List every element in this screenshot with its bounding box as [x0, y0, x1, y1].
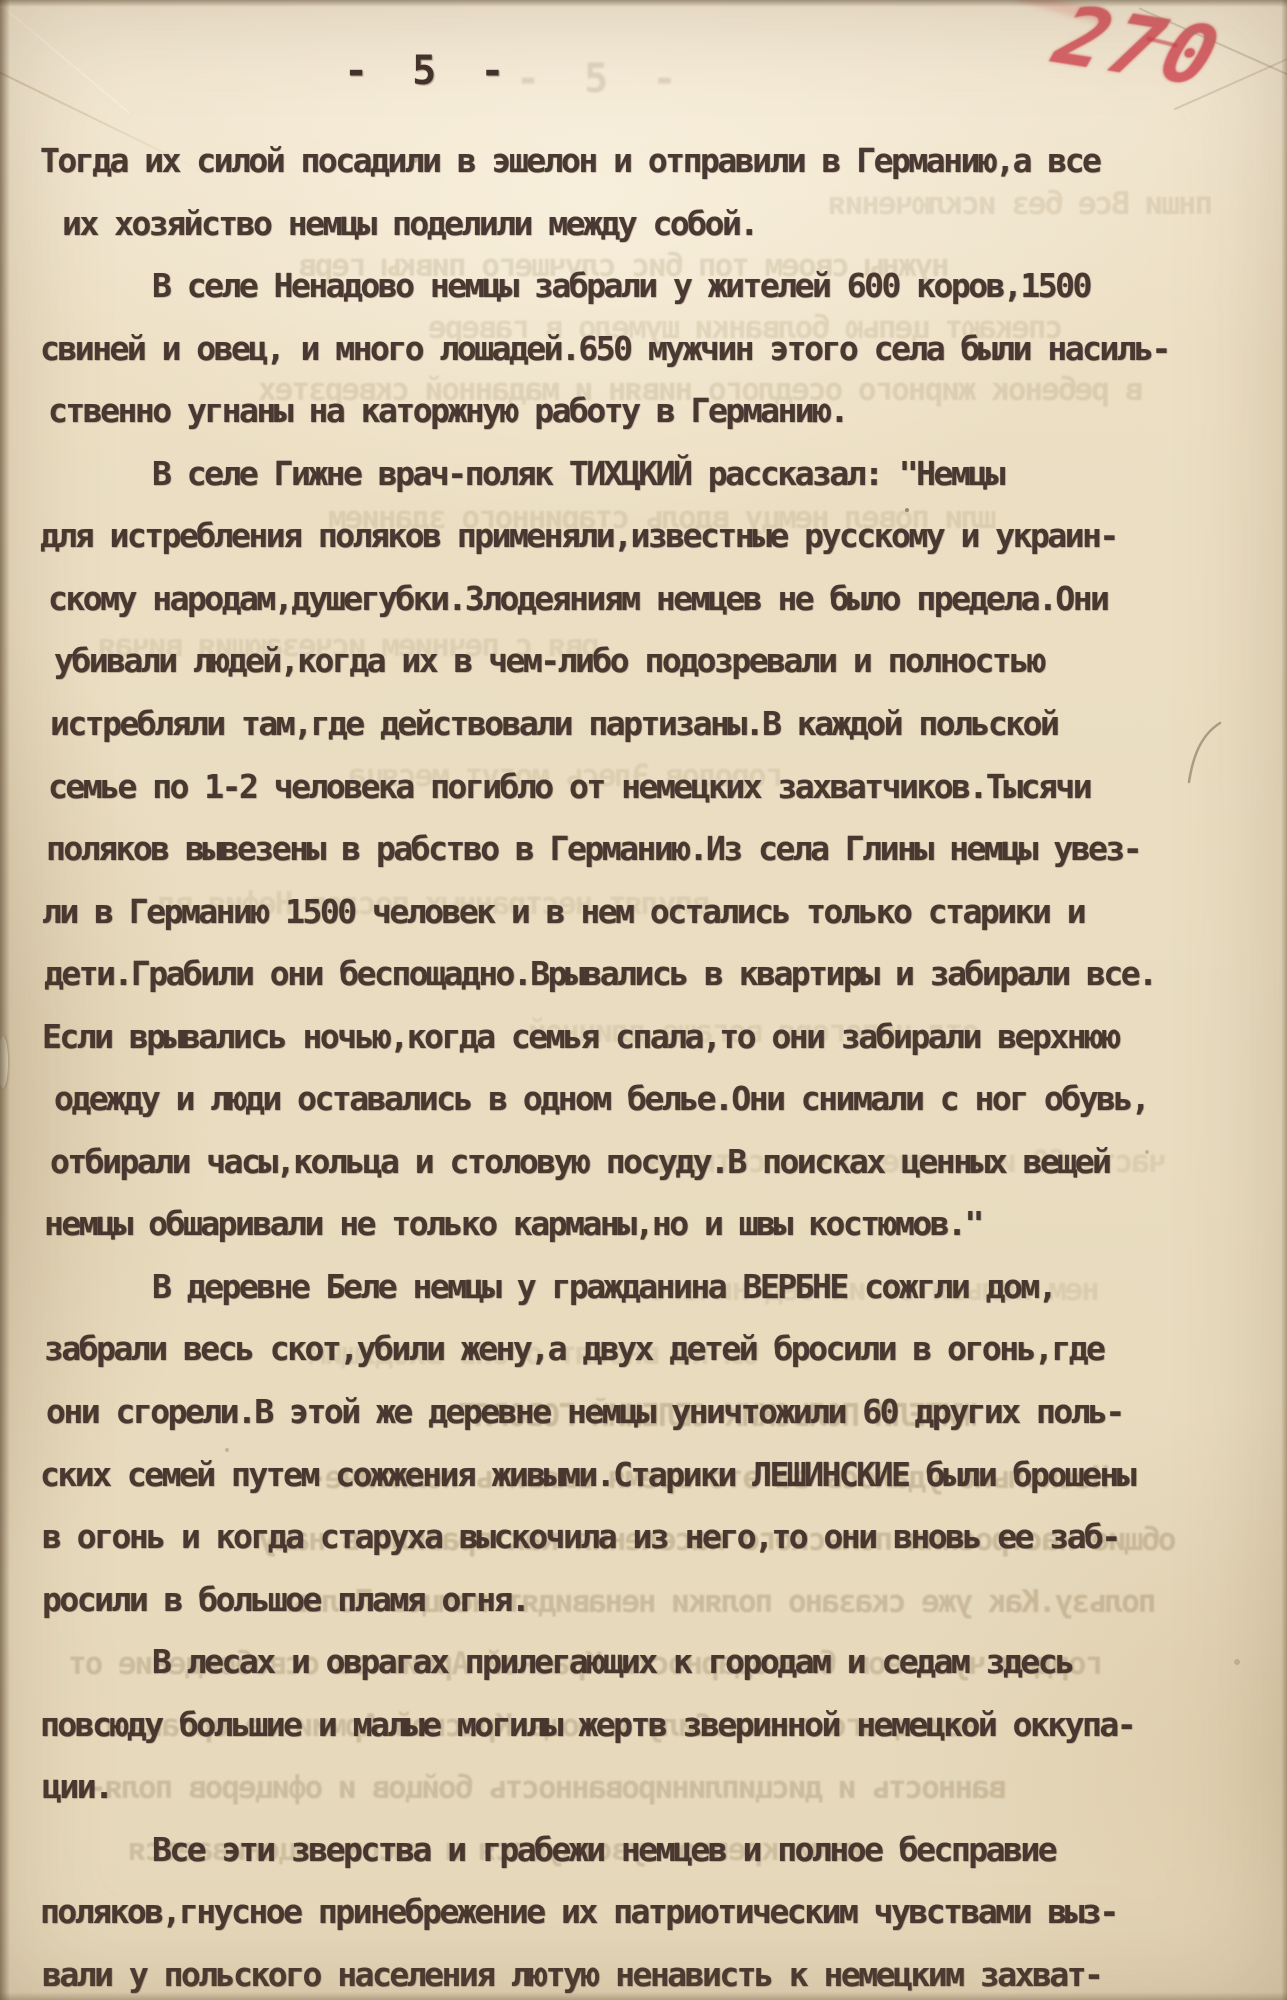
text-line: скому народам,душегубки.Злодеяниям немце… — [48, 579, 1107, 618]
text-line: В лесах и оврагах прилегающих к городам … — [152, 1642, 1073, 1681]
text-line: повсюду большие и малые могилы жертв зве… — [40, 1705, 1134, 1744]
text-line: В селе Гижне врач-поляк ТИХЦКИЙ рассказа… — [152, 454, 1003, 493]
text-line: семье по 1-2 человека погибло от немецки… — [48, 767, 1090, 806]
document-page: пнши Все без исключениянужны своем топ б… — [0, 0, 1287, 2000]
dust-specks — [905, 508, 909, 512]
text-line: ли в Германию 1500 человек и в нем остал… — [42, 892, 1084, 931]
text-line: немцы обшаривали не только карманы,но и … — [44, 1204, 982, 1243]
pencil-mark — [1184, 720, 1228, 788]
text-line: дети.Грабили они беспощадно.Врывались в … — [44, 954, 1156, 993]
text-line: Тогда их силой посадили в эшелон и отпра… — [40, 141, 1099, 180]
text-line: В деревне Беле немцы у гражданина ВЕРБНЕ… — [152, 1267, 1055, 1306]
text-line: их хозяйство немцы поделили между собой. — [62, 204, 757, 243]
text-line: ственно угнаны на каторжную работу в Гер… — [48, 391, 847, 430]
text-line: Если врывались ночью,когда семья спала,т… — [42, 1017, 1119, 1056]
text-line: отбирали часы,кольца и столовую посуду.В… — [50, 1142, 1109, 1181]
text-line: вали у польского населения лютую ненавис… — [42, 1955, 1101, 1994]
text-line: забрали весь скот,убили жену,а двух дете… — [44, 1329, 1103, 1368]
text-line: Все эти зверства и грабежи немцев и полн… — [152, 1830, 1055, 1869]
text-line: истребляли там,где действовали партизаны… — [50, 704, 1057, 743]
text-line: одежду и люди оставались в одном белье.О… — [54, 1079, 1148, 1118]
text-line: росили в большое пламя огня. — [42, 1580, 528, 1619]
page-number: - 5 - — [344, 48, 514, 94]
text-line: ских семей путем сожжения живыми.Старики… — [40, 1455, 1134, 1494]
text-line: В селе Ненадово немцы забрали у жителей … — [152, 266, 1090, 305]
text-line: для истребления поляков применяли,извест… — [40, 516, 1117, 555]
text-line: поляков,гнусное принебрежение их патриот… — [40, 1892, 1117, 1931]
text-line: они сгорели.В этой же деревне немцы унич… — [46, 1392, 1123, 1431]
text-line: убивали людей,когда их в чем-либо подозр… — [54, 641, 1044, 680]
text-line: свиней и овец, и много лошадей.650 мужчи… — [40, 329, 1169, 368]
text-line: ции. — [42, 1767, 111, 1806]
text-line: поляков вывезены в рабство в Германию.Из… — [46, 829, 1140, 868]
text-block: Тогда их силой посадили в эшелон и отпра… — [0, 0, 1287, 2000]
text-line: в огонь и когда старуха выскочила из нег… — [42, 1517, 1119, 1556]
